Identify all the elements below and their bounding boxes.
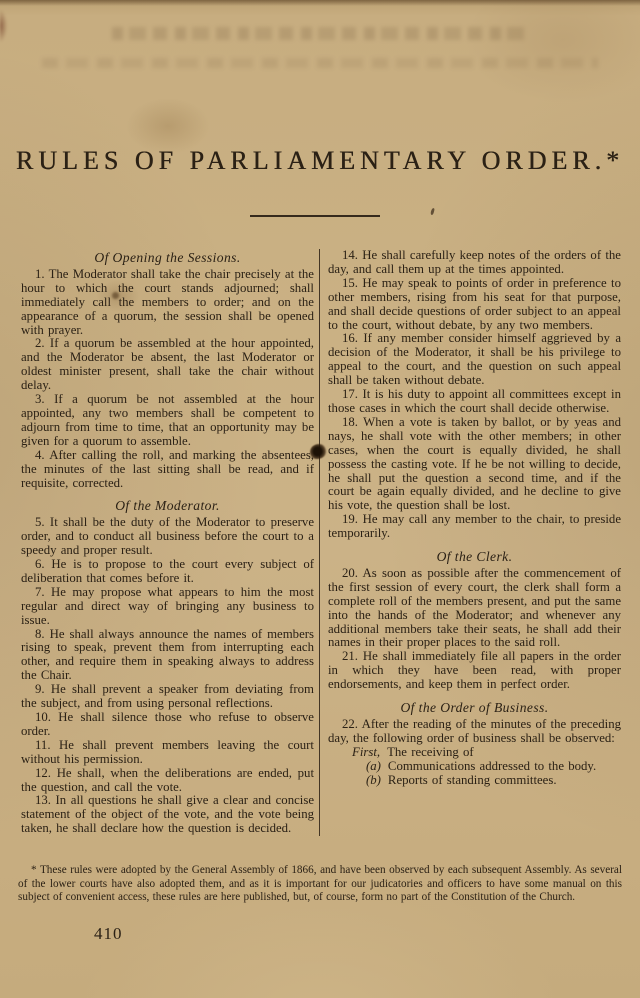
page-number: 410	[94, 924, 123, 944]
order-list-item-a-label: (a)	[366, 759, 381, 773]
order-list-intro: First,The receiving of	[328, 746, 621, 760]
rule-paragraph-7: 7. He may propose what appears to him th…	[21, 586, 314, 628]
section-heading-opening-sessions: Of Opening the Sessions.	[21, 251, 314, 265]
ink-fleck	[430, 208, 435, 216]
bleedthrough-text-band	[42, 58, 598, 68]
footnote: * These rules were adopted by the Genera…	[18, 864, 622, 905]
rule-paragraph-17: 17. It is his duty to appoint all commit…	[328, 388, 621, 416]
rule-paragraph-19: 19. He may call any member to the chair,…	[328, 513, 621, 541]
rule-paragraph-21: 21. He shall immediately file all papers…	[328, 650, 621, 692]
order-list-item-b-text: Reports of standing committees.	[388, 773, 557, 787]
rule-paragraph-6: 6. He is to propose to the court every s…	[21, 558, 314, 586]
section-heading-moderator: Of the Moderator.	[21, 499, 314, 513]
order-list-intro-label: First,	[352, 745, 380, 759]
order-list-item-b-label: (b)	[366, 773, 381, 787]
rule-paragraph-16: 16. If any member consider himself aggri…	[328, 332, 621, 388]
rule-paragraph-11: 11. He shall prevent members leaving the…	[21, 739, 314, 767]
rule-paragraph-14: 14. He shall carefully keep notes of the…	[328, 249, 621, 277]
rule-paragraph-2: 2. If a quorum be assembled at the hour …	[21, 337, 314, 393]
rule-paragraph-15: 15. He may speak to points of order in p…	[328, 277, 621, 333]
rule-paragraph-8: 8. He shall always announce the names of…	[21, 628, 314, 684]
order-list-item-b: (b)Reports of standing committees.	[328, 774, 621, 788]
bleedthrough-text-band	[112, 27, 530, 40]
rule-paragraph-3: 3. If a quorum be not assembled at the h…	[21, 393, 314, 449]
right-column: 14. He shall carefully keep notes of the…	[319, 249, 621, 836]
rule-paragraph-1: 1. The Moderator shall take the chair pr…	[21, 268, 314, 338]
rule-paragraph-22: 22. After the reading of the minutes of …	[328, 718, 621, 746]
page-top-edge-shadow	[0, 0, 640, 6]
corner-stain	[0, 6, 12, 46]
rule-paragraph-20: 20. As soon as possible after the commen…	[328, 567, 621, 650]
title-divider-rule	[250, 215, 380, 217]
order-list-intro-text: The receiving of	[387, 745, 474, 759]
left-column: Of Opening the Sessions. 1. The Moderato…	[21, 249, 319, 836]
section-heading-order-of-business: Of the Order of Business.	[328, 701, 621, 715]
section-heading-clerk: Of the Clerk.	[328, 550, 621, 564]
rule-paragraph-4: 4. After calling the roll, and marking t…	[21, 449, 314, 491]
rule-paragraph-13: 13. In all questions he shall give a cle…	[21, 794, 314, 836]
rule-paragraph-10: 10. He shall silence those who refuse to…	[21, 711, 314, 739]
order-list-item-a-text: Communications addressed to the body.	[388, 759, 596, 773]
page-title: RULES OF PARLIAMENTARY ORDER.*	[0, 146, 640, 176]
rule-paragraph-5: 5. It shall be the duty of the Moderator…	[21, 516, 314, 558]
rule-paragraph-12: 12. He shall, when the deliberations are…	[21, 767, 314, 795]
rule-paragraph-9: 9. He shall prevent a speaker from devia…	[21, 683, 314, 711]
text-columns: Of Opening the Sessions. 1. The Moderato…	[21, 249, 621, 836]
order-list-item-a: (a)Communications addressed to the body.	[328, 760, 621, 774]
rule-paragraph-18: 18. When a vote is taken by ballot, or b…	[328, 416, 621, 513]
